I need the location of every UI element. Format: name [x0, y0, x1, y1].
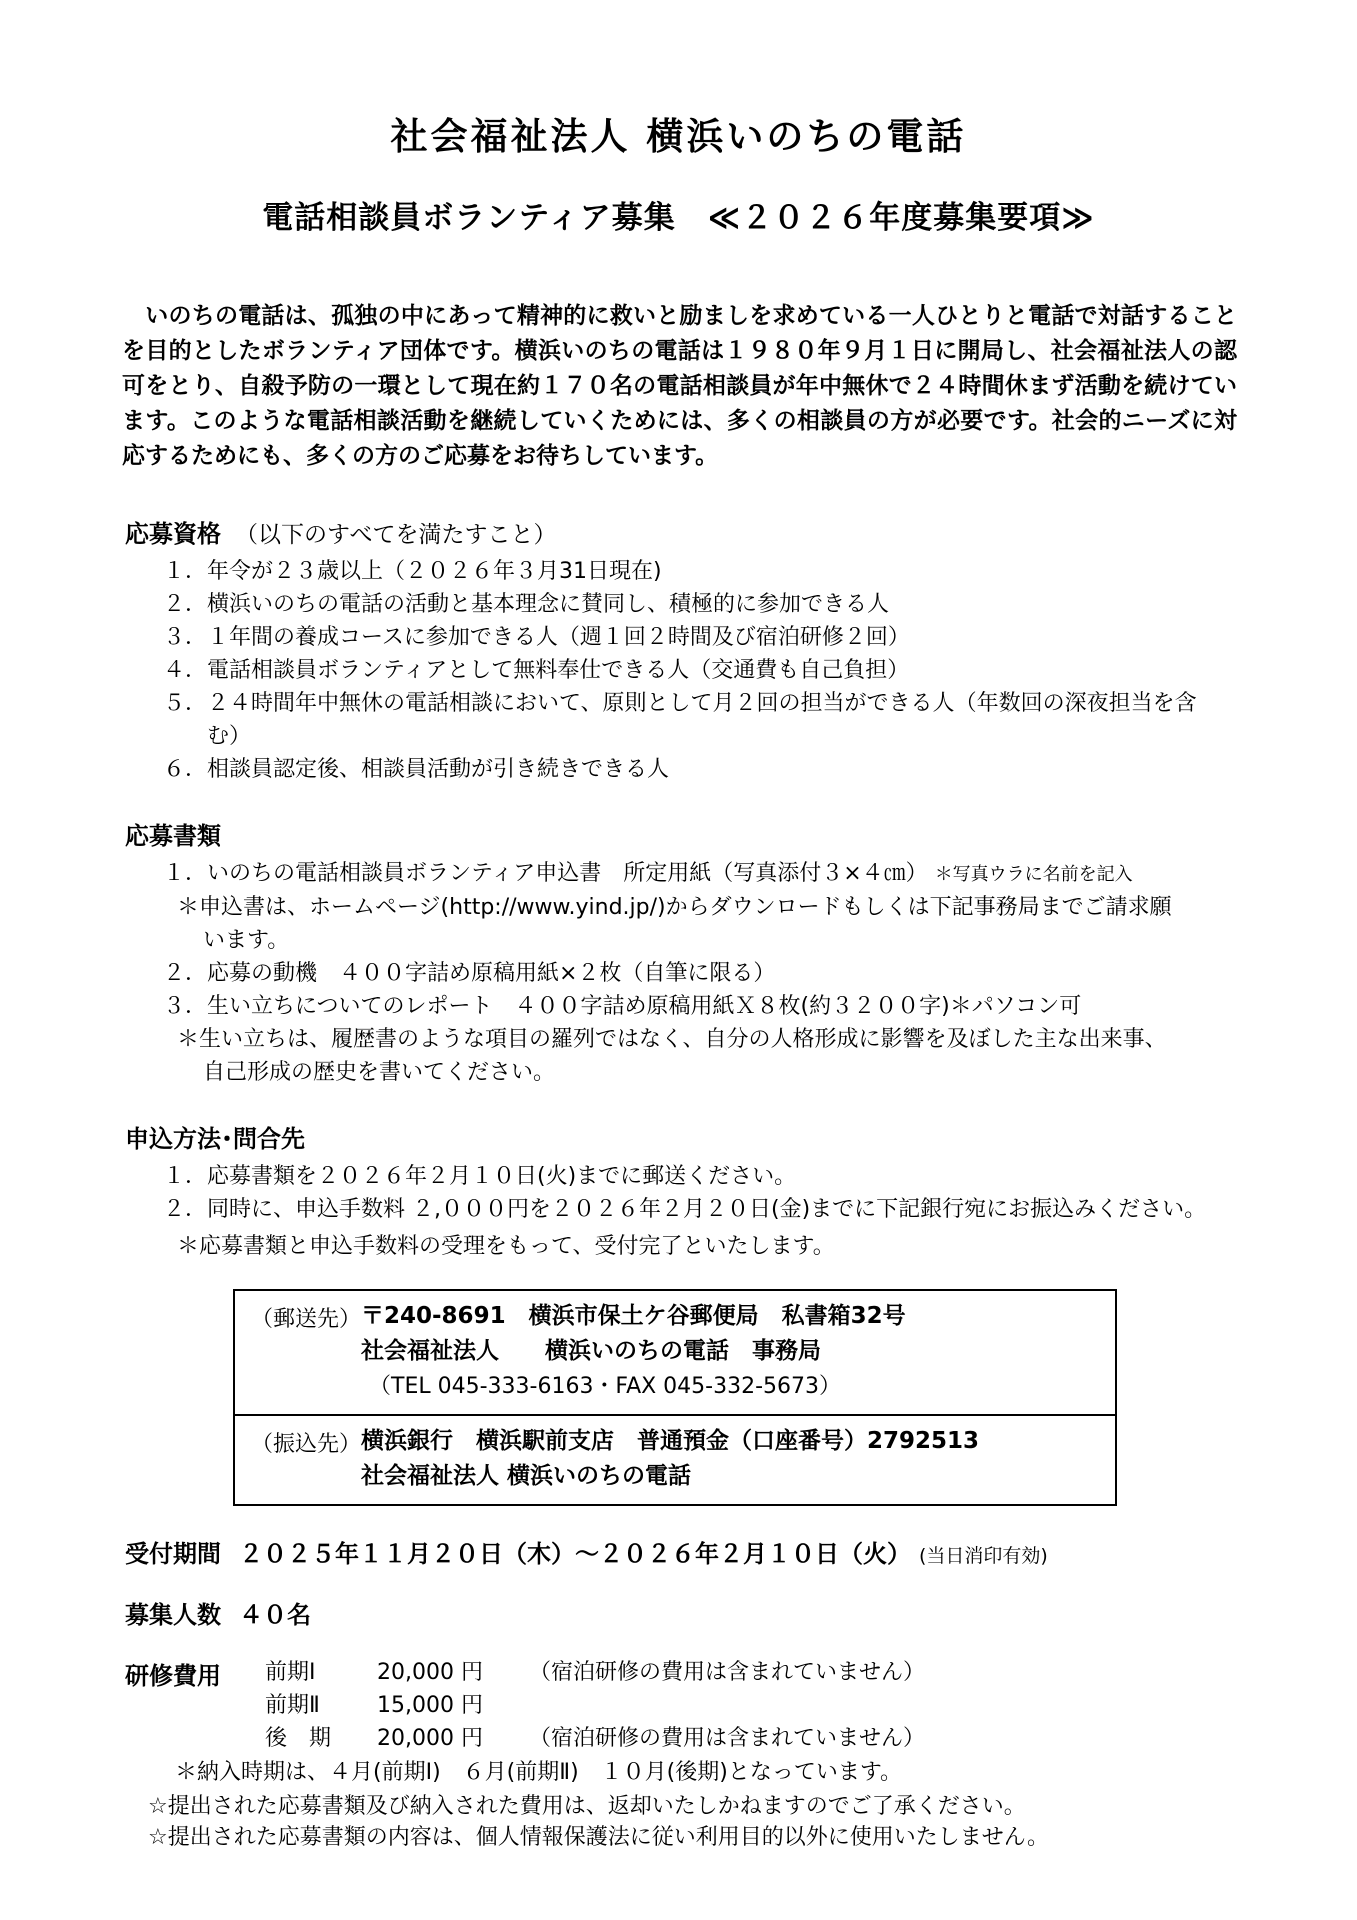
- item-text: １年間の養成コースに参加できる人（週１回２時間及び宿泊研修２回）: [207, 621, 1217, 654]
- item-small-note: ＊写真ウラに名前を記入: [935, 864, 1133, 885]
- mailing-org-line: 社会福祉法人 横浜いのちの電話 事務局: [361, 1334, 906, 1369]
- item-sub-note: ＊生い立ちは、履歴書のような項目の羅列ではなく、自分の人格形成に影響を及ぼした主…: [177, 1023, 1187, 1089]
- capacity-heading: 募集人数: [125, 1595, 221, 1630]
- qualifications-heading-note: （以下のすべてを満たすこと）: [235, 522, 557, 548]
- fee-row: 後 期 20,000 円 （宿泊研修の費用は含まれていません）: [265, 1722, 925, 1755]
- section-application: 申込方法･問合先 １． 応募書類を２０２６年２月１０日(火)までに郵送ください。…: [125, 1119, 1357, 1263]
- fees-payment-note: ＊納入時期は、４月(前期Ⅰ) ６月(前期Ⅱ) １０月(後期)となっています。: [175, 1756, 1357, 1789]
- list-item: ６． 相談員認定後、相談員活動が引き続きできる人: [163, 753, 1357, 786]
- list-item: ２． 同時に、申込手数料 ２,０００円を２０２６年２月２０日(金)までに下記銀行…: [163, 1193, 1357, 1226]
- item-text: ２４時間年中無休の電話相談において、原則として月２回の担当ができる人（年数回の深…: [207, 687, 1217, 753]
- bank-org-line: 社会福祉法人 横浜いのちの電話: [361, 1459, 979, 1494]
- application-list: １． 応募書類を２０２６年２月１０日(火)までに郵送ください。 ２． 同時に、申…: [125, 1160, 1357, 1263]
- item-number: １．: [163, 1160, 207, 1193]
- item-number: ５．: [163, 687, 207, 720]
- fee-amount: 20,000 円: [377, 1722, 529, 1755]
- mailing-label: （郵送先）: [251, 1299, 361, 1404]
- section-documents: 応募書類 １． いのちの電話相談員ボランティア申込書 所定用紙（写真添付３×４㎝…: [125, 816, 1357, 1089]
- item-number: ２．: [163, 588, 207, 621]
- fee-row: 前期Ⅱ 15,000 円: [265, 1689, 925, 1722]
- item-number: ２．: [163, 957, 207, 990]
- list-item: ５． ２４時間年中無休の電話相談において、原則として月２回の担当ができる人（年数…: [163, 687, 1357, 753]
- qualifications-heading-row: 応募資格（以下のすべてを満たすこと）: [125, 514, 1357, 549]
- item-text: 応募書類を２０２６年２月１０日(火)までに郵送ください。: [207, 1160, 1217, 1193]
- footnotes: ☆提出された応募書類及び納入された費用は、返却いたしかねますのでご了承ください。…: [0, 1791, 1357, 1853]
- period-note: (当日消印有効): [919, 1541, 1048, 1568]
- section-qualifications: 応募資格（以下のすべてを満たすこと） １． 年令が２３歳以上（２０２６年３月31…: [125, 514, 1357, 786]
- bank-row: （振込先） 横浜銀行 横浜駅前支店 普通預金（口座番号）2792513 社会福祉…: [235, 1414, 1115, 1504]
- doc-title: 社会福祉法人 横浜いのちの電話: [0, 106, 1357, 160]
- documents-heading: 応募書類: [125, 816, 221, 851]
- list-item: １． 応募書類を２０２６年２月１０日(火)までに郵送ください。: [163, 1160, 1357, 1193]
- list-item: ４． 電話相談員ボランティアとして無料奉仕できる人（交通費も自己負担）: [163, 654, 1357, 687]
- list-item: ３． 生い立ちについてのレポート ４００字詰め原稿用紙Ｘ８枚(約３２００字)＊パ…: [163, 990, 1357, 1023]
- mailing-content: 〒240-8691 横浜市保土ケ谷郵便局 私書箱32号 社会福祉法人 横浜いのち…: [361, 1299, 906, 1404]
- fee-term: 前期Ⅱ: [265, 1689, 377, 1722]
- item-number: ３．: [163, 990, 207, 1023]
- item-text: 横浜いのちの電話の活動と基本理念に賛同し、積極的に参加できる人: [207, 588, 1217, 621]
- section-period: 受付期間 ２０２５年１１月２０日（木）～２０２６年２月１０日（火） (当日消印有…: [125, 1534, 1357, 1569]
- item-text: 同時に、申込手数料 ２,０００円を２０２６年２月２０日(金)までに下記銀行宛にお…: [207, 1193, 1217, 1226]
- item-main-text: いのちの電話相談員ボランティア申込書 所定用紙（写真添付３×４㎝）: [207, 861, 928, 886]
- item-text: 相談員認定後、相談員活動が引き続きできる人: [207, 753, 1217, 786]
- item-number: ２．: [163, 1193, 207, 1226]
- footnote-line: ☆提出された応募書類の内容は、個人情報保護法に従い利用目的以外に使用いたしません…: [148, 1822, 1357, 1853]
- intro-paragraph: いのちの電話は、孤独の中にあって精神的に救いと励ましを求めている一人ひとりと電話…: [122, 299, 1237, 474]
- item-number: １．: [163, 555, 207, 588]
- contact-box: （郵送先） 〒240-8691 横浜市保土ケ谷郵便局 私書箱32号 社会福祉法人…: [233, 1289, 1117, 1506]
- list-item: １． いのちの電話相談員ボランティア申込書 所定用紙（写真添付３×４㎝） ＊写真…: [163, 857, 1357, 891]
- fee-amount: 20,000 円: [377, 1656, 529, 1689]
- footnote-line: ☆提出された応募書類及び納入された費用は、返却いたしかねますのでご了承ください。: [148, 1791, 1357, 1822]
- period-heading: 受付期間: [125, 1534, 221, 1569]
- doc-subtitle: 電話相談員ボランティア募集 ≪２０２６年度募集要項≫: [0, 192, 1357, 237]
- fees-table: 前期Ⅰ 20,000 円 （宿泊研修の費用は含まれていません） 前期Ⅱ 15,0…: [265, 1656, 925, 1755]
- fee-term: 前期Ⅰ: [265, 1656, 377, 1689]
- bank-account-line: 横浜銀行 横浜駅前支店 普通預金（口座番号）2792513: [361, 1424, 979, 1459]
- qualifications-list: １． 年令が２３歳以上（２０２６年３月31日現在) ２． 横浜いのちの電話の活動…: [125, 555, 1357, 786]
- document-page: 社会福祉法人 横浜いのちの電話 電話相談員ボランティア募集 ≪２０２６年度募集要…: [0, 0, 1357, 1920]
- qualifications-heading: 応募資格: [125, 514, 221, 549]
- item-number: ３．: [163, 621, 207, 654]
- tel-fax-line: （TEL 045-333-6163・FAX 045-332-5673）: [361, 1369, 906, 1404]
- item-sub-note: ＊申込書は、ホームページ(http://www.yind.jp/)からダウンロー…: [177, 891, 1187, 957]
- section-fees: 研修費用 前期Ⅰ 20,000 円 （宿泊研修の費用は含まれていません） 前期Ⅱ…: [125, 1656, 1357, 1755]
- fee-amount: 15,000 円: [377, 1689, 529, 1722]
- mailing-row: （郵送先） 〒240-8691 横浜市保土ケ谷郵便局 私書箱32号 社会福祉法人…: [235, 1291, 1115, 1414]
- period-value: ２０２５年１１月２０日（木）～２０２６年２月１０日（火）: [239, 1534, 911, 1569]
- capacity-value: ４０名: [239, 1595, 311, 1630]
- item-text: 電話相談員ボランティアとして無料奉仕できる人（交通費も自己負担）: [207, 654, 1217, 687]
- item-text: 生い立ちについてのレポート ４００字詰め原稿用紙Ｘ８枚(約３２００字)＊パソコン…: [207, 990, 1217, 1023]
- list-item: ２． 応募の動機 ４００字詰め原稿用紙×２枚（自筆に限る）: [163, 957, 1357, 990]
- list-item: ２． 横浜いのちの電話の活動と基本理念に賛同し、積極的に参加できる人: [163, 588, 1357, 621]
- item-number: １．: [163, 857, 207, 890]
- item-text: 応募の動機 ４００字詰め原稿用紙×２枚（自筆に限る）: [207, 957, 1217, 990]
- list-item: ３． １年間の養成コースに参加できる人（週１回２時間及び宿泊研修２回）: [163, 621, 1357, 654]
- fee-note: （宿泊研修の費用は含まれていません）: [529, 1656, 925, 1689]
- item-number: ６．: [163, 753, 207, 786]
- fee-row: 前期Ⅰ 20,000 円 （宿泊研修の費用は含まれていません）: [265, 1656, 925, 1689]
- fees-heading: 研修費用: [125, 1656, 265, 1755]
- fee-note: （宿泊研修の費用は含まれていません）: [529, 1722, 925, 1755]
- application-note: ＊応募書類と申込手数料の受理をもって、受付完了といたします。: [177, 1230, 1357, 1263]
- mailing-address-line: 〒240-8691 横浜市保土ケ谷郵便局 私書箱32号: [361, 1299, 906, 1334]
- bank-content: 横浜銀行 横浜駅前支店 普通預金（口座番号）2792513 社会福祉法人 横浜い…: [361, 1424, 979, 1494]
- fee-term: 後 期: [265, 1722, 377, 1755]
- documents-list: １． いのちの電話相談員ボランティア申込書 所定用紙（写真添付３×４㎝） ＊写真…: [125, 857, 1357, 1089]
- section-capacity: 募集人数 ４０名: [125, 1595, 1357, 1630]
- item-number: ４．: [163, 654, 207, 687]
- application-heading: 申込方法･問合先: [125, 1119, 305, 1154]
- item-text: いのちの電話相談員ボランティア申込書 所定用紙（写真添付３×４㎝） ＊写真ウラに…: [207, 857, 1217, 891]
- bank-label: （振込先）: [251, 1424, 361, 1494]
- item-text: 年令が２３歳以上（２０２６年３月31日現在): [207, 555, 1217, 588]
- list-item: １． 年令が２３歳以上（２０２６年３月31日現在): [163, 555, 1357, 588]
